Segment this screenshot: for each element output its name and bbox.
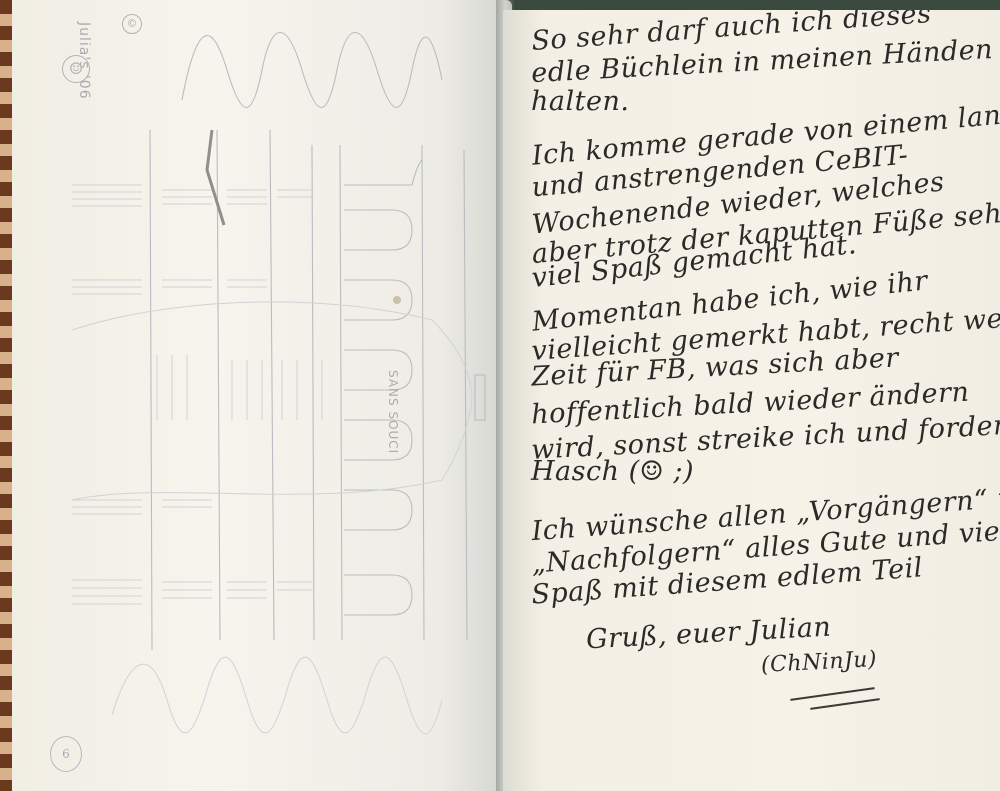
- sketch-date-note: Julia's '06: [76, 22, 92, 100]
- handwritten-line: Hasch (☺ ;): [531, 456, 694, 487]
- open-notebook: © ☺ Julia's '06 SANS SOUCI 6 So sehr dar…: [0, 0, 1000, 791]
- right-page: So sehr darf auch ich dieses edle Büchle…: [503, 10, 1000, 791]
- sketch-building-label: SANS SOUCI: [386, 370, 400, 454]
- signature-underline: [790, 687, 874, 701]
- signature-underline: [810, 698, 880, 710]
- handwritten-line: halten.: [531, 86, 629, 117]
- signature-name: (ChNinJu): [760, 647, 877, 678]
- signature-greeting: Gruß, euer Julian: [585, 612, 832, 656]
- page-number: 6: [50, 736, 82, 772]
- pencil-sketch-sanssouci: [12, 0, 512, 791]
- copyright-mark: ©: [122, 14, 142, 34]
- left-page: © ☺ Julia's '06 SANS SOUCI 6: [12, 0, 512, 791]
